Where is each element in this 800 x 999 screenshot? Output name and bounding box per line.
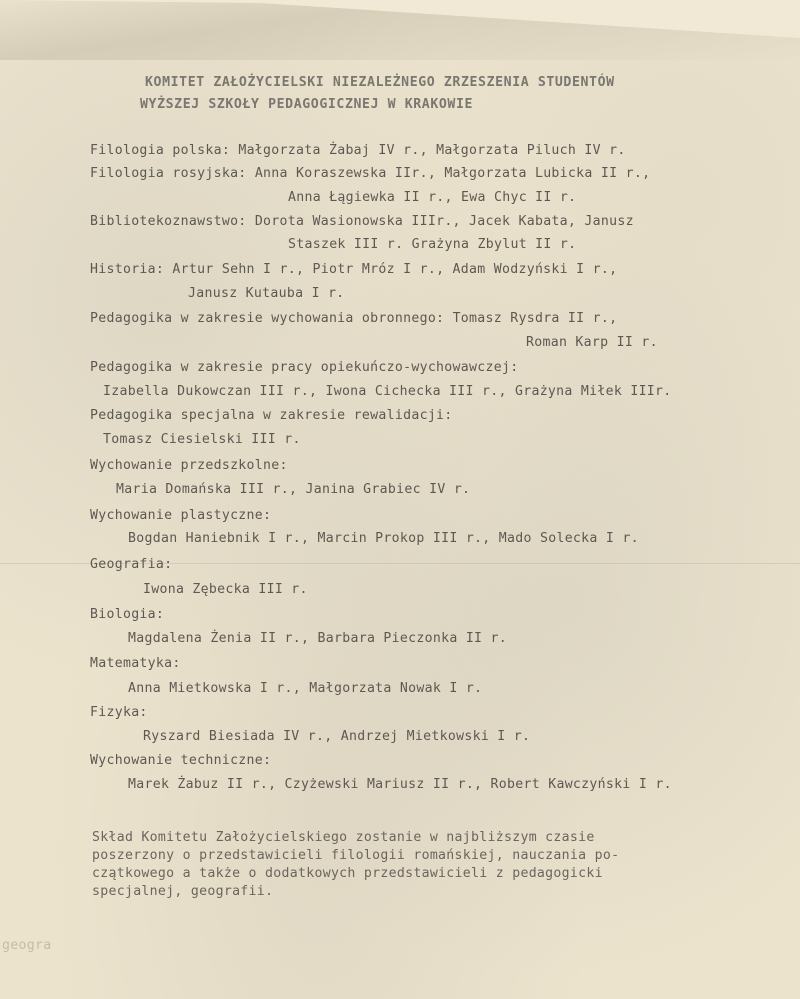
section-names: Bogdan Haniebnik I r., Marcin Prokop III… <box>128 531 639 546</box>
section-filologia-rosyjska: Filologia rosyjska: Anna Koraszewska IIr… <box>90 166 650 181</box>
section-label: Filologia polska: <box>90 143 230 158</box>
header-line-2: WYŻSZEJ SZKOŁY PEDAGOGICZNEJ W KRAKOWIE <box>140 97 473 112</box>
section-names: Iwona Zębecka III r. <box>143 582 308 597</box>
note-line-2: poszerzony o przedstawicieli filologii r… <box>92 848 619 863</box>
section-label: Filologia rosyjska: <box>90 166 247 181</box>
section-pedagogika-obronna: Pedagogika w zakresie wychowania obronne… <box>90 311 617 326</box>
section-label-opiekunczo: Pedagogika w zakresie pracy opiekuńczo-w… <box>90 360 518 375</box>
section-label-biologia: Biologia: <box>90 607 164 622</box>
section-label-geografia: Geografia: <box>90 557 172 572</box>
section-label: Pedagogika w zakresie wychowania obronne… <box>90 311 444 326</box>
bleed-through-text: geogra <box>2 938 51 953</box>
section-label-specjalna: Pedagogika specjalna w zakresie rewalida… <box>90 408 453 423</box>
section-names-continued: Anna Łągiewka II r., Ewa Chyc II r. <box>288 190 576 205</box>
section-label-plastyczne: Wychowanie plastyczne: <box>90 508 271 523</box>
section-label: Historia: <box>90 262 164 277</box>
section-names-continued: Janusz Kutauba I r. <box>188 286 345 301</box>
section-names: Izabella Dukowczan III r., Iwona Cicheck… <box>103 384 672 399</box>
section-filologia-polska: Filologia polska: Małgorzata Żabaj IV r.… <box>90 143 626 158</box>
note-line-3: czątkowego a także o dodatkowych przedst… <box>92 866 603 881</box>
section-label-fizyka: Fizyka: <box>90 705 148 720</box>
header-line-1: KOMITET ZAŁOŻYCIELSKI NIEZALEŻNEGO ZRZES… <box>145 75 615 90</box>
section-names: Marek Żabuz II r., Czyżewski Mariusz II … <box>128 777 672 792</box>
section-names: Dorota Wasionowska IIIr., Jacek Kabata, … <box>255 214 634 229</box>
section-historia: Historia: Artur Sehn I r., Piotr Mróz I … <box>90 262 617 277</box>
section-names: Magdalena Żenia II r., Barbara Pieczonka… <box>128 631 507 646</box>
section-names: Artur Sehn I r., Piotr Mróz I r., Adam W… <box>172 262 617 277</box>
section-bibliotekoznawstwo: Bibliotekoznawstwo: Dorota Wasionowska I… <box>90 214 634 229</box>
section-names-continued: Roman Karp II r. <box>526 335 658 350</box>
section-names: Tomasz Ciesielski III r. <box>103 432 301 447</box>
section-names: Anna Mietkowska I r., Małgorzata Nowak I… <box>128 681 482 696</box>
section-names-continued: Staszek III r. Grażyna Zbylut II r. <box>288 237 576 252</box>
note-line-1: Skład Komitetu Założycielskiego zostanie… <box>92 830 595 845</box>
section-names: Maria Domańska III r., Janina Grabiec IV… <box>116 482 470 497</box>
note-line-4: specjalnej, geografii. <box>92 884 273 899</box>
section-label: Bibliotekoznawstwo: <box>90 214 247 229</box>
section-names: Małgorzata Żabaj IV r., Małgorzata Piluc… <box>238 143 625 158</box>
section-label-techniczne: Wychowanie techniczne: <box>90 753 271 768</box>
section-names: Ryszard Biesiada IV r., Andrzej Mietkows… <box>143 729 530 744</box>
section-names: Tomasz Rysdra II r., <box>453 311 618 326</box>
section-label-matematyka: Matematyka: <box>90 656 181 671</box>
section-label-przedszkolne: Wychowanie przedszkolne: <box>90 458 288 473</box>
typewritten-document: KOMITET ZAŁOŻYCIELSKI NIEZALEŻNEGO ZRZES… <box>0 0 800 999</box>
section-names: Anna Koraszewska IIr., Małgorzata Lubick… <box>255 166 651 181</box>
